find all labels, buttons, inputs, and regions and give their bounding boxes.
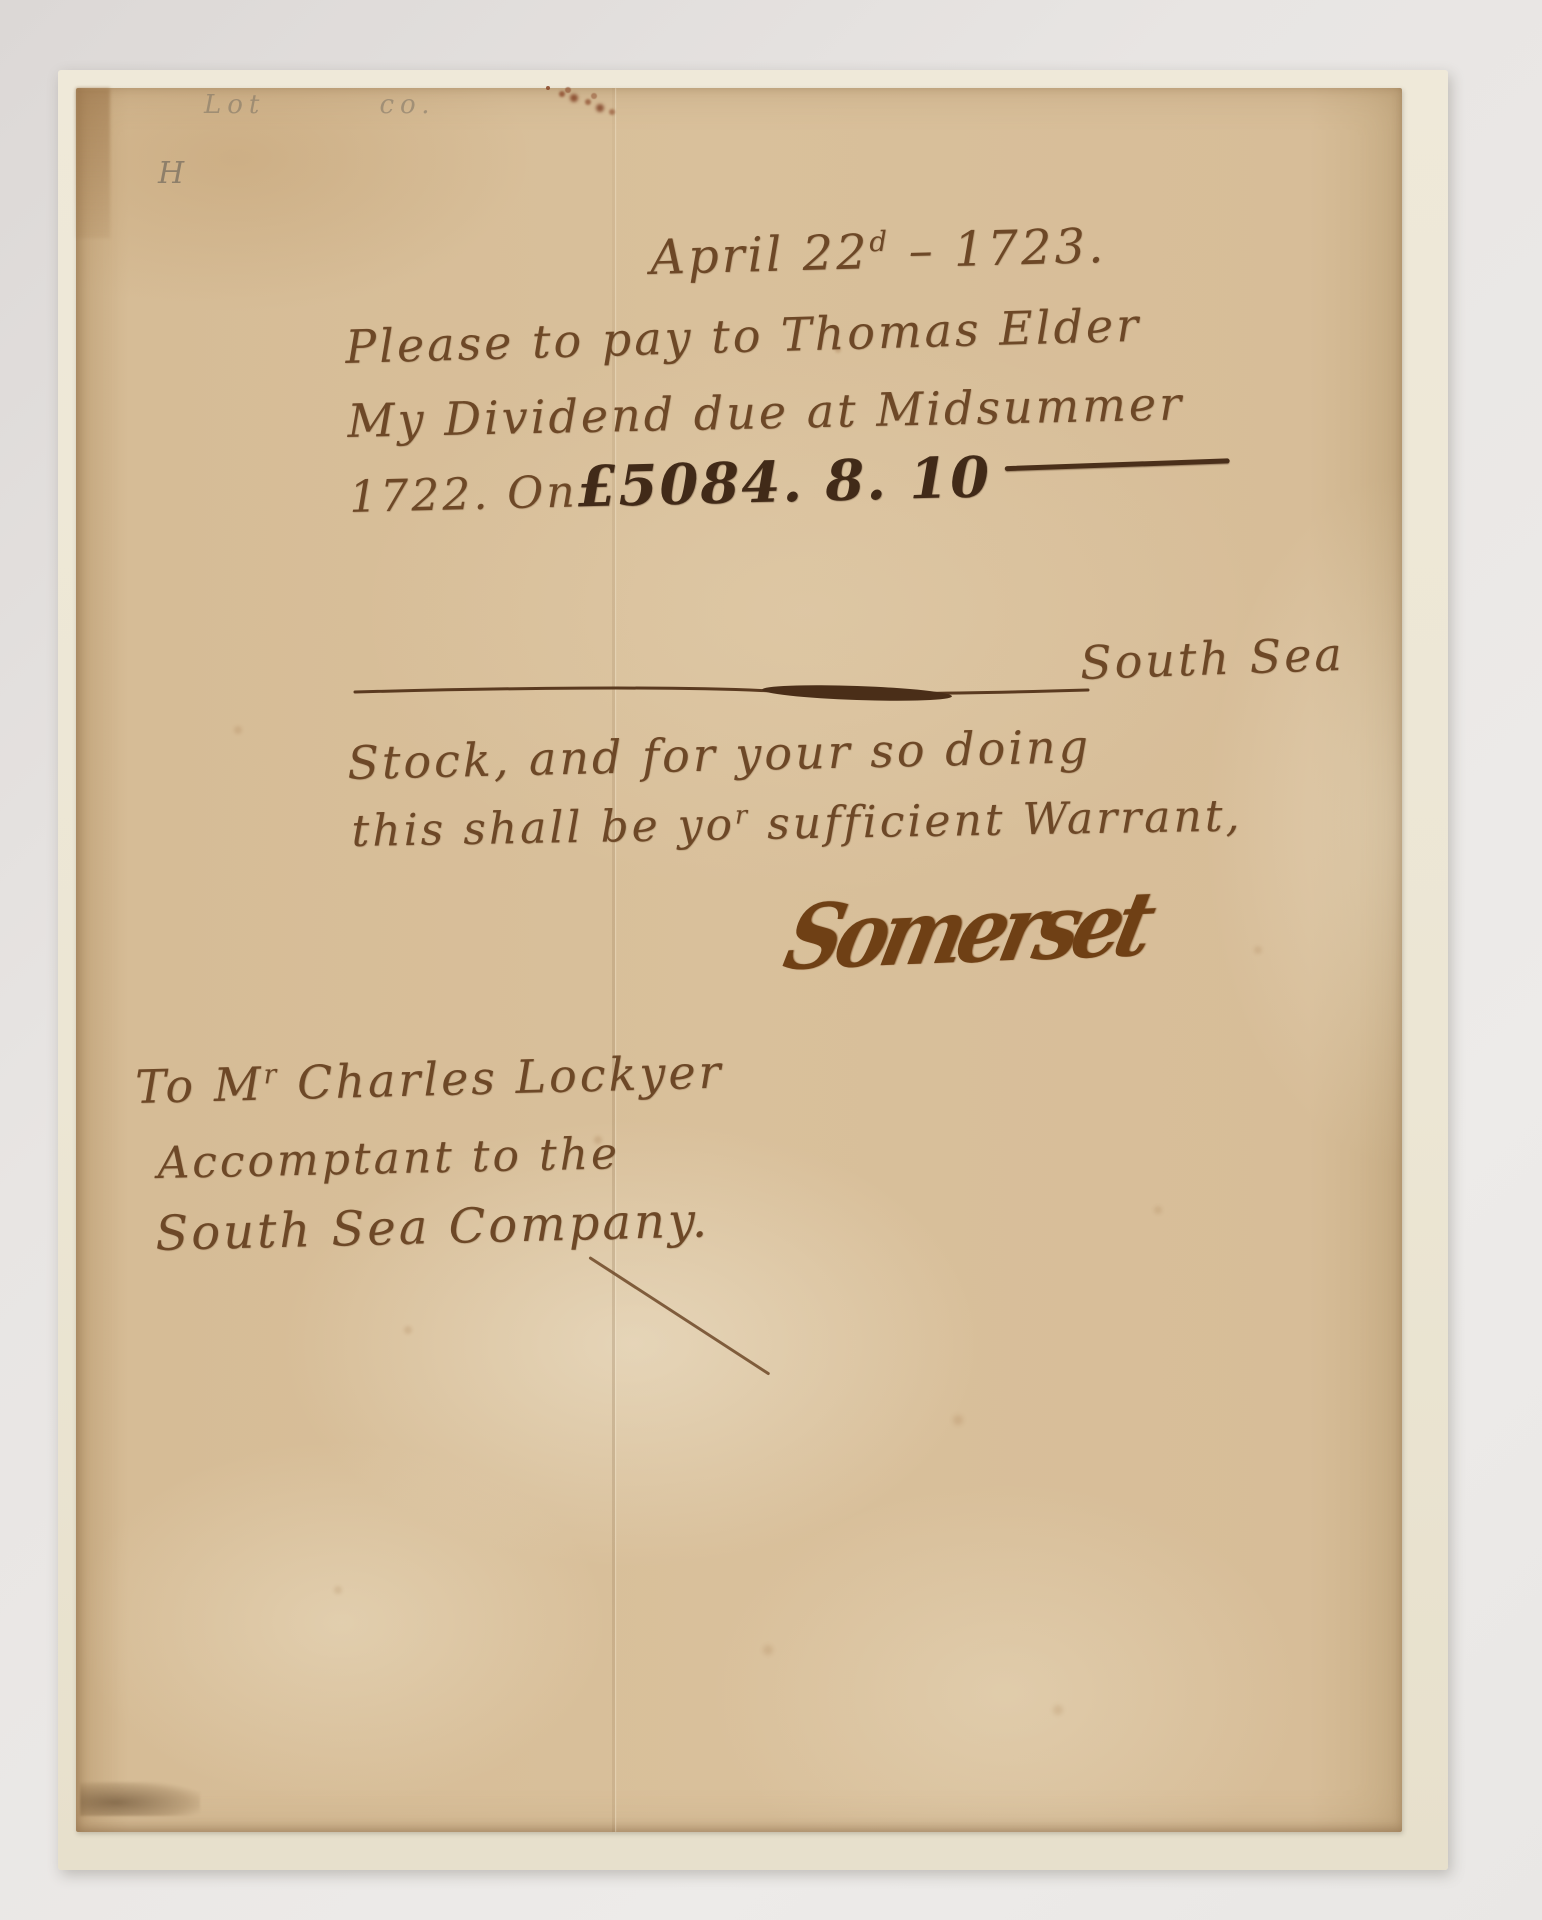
address-to: To M [135, 1057, 265, 1114]
warrant-text-end: sufficient Warrant, [750, 790, 1243, 850]
pen-flourish [588, 1256, 770, 1376]
date-year: – 1723. [890, 218, 1107, 280]
line-amount: 1722. On £5084. 8. 10 [348, 438, 1230, 526]
amount-value: £5084. 8. 10 [577, 444, 992, 520]
warrant-text: this shall be yo [351, 799, 735, 857]
line-warrant: this shall be yor sufficient Warrant, [351, 790, 1243, 857]
address-line-2: Accomptant to the [157, 1128, 621, 1189]
date-superscript: d [869, 225, 891, 259]
ink-dash [1005, 458, 1230, 471]
warrant-superscript: r [735, 800, 751, 830]
signature-somerset: Somerset [776, 872, 1157, 991]
address-line-1: To Mr Charles Lockyer [135, 1045, 725, 1114]
ink-rule [352, 678, 1092, 708]
address-line-3: South Sea Company. [155, 1192, 711, 1262]
line-stock: Stock, and for your so doing [347, 719, 1092, 790]
line-please-to-pay: Please to pay to Thomas Elder [344, 298, 1141, 374]
photograph-background: Lot co. H April 22d – 1723. Please to pa… [0, 0, 1542, 1920]
address-superscript: r [263, 1059, 280, 1090]
date-line: April 22d – 1723. [650, 218, 1107, 286]
line-dividend: My Dividend due at Midsummer [347, 376, 1185, 448]
date-text: April 22 [650, 224, 871, 286]
foxing-spots [76, 88, 80, 92]
address-name: Charles Lockyer [279, 1045, 724, 1111]
manuscript-paper: Lot co. H April 22d – 1723. Please to pa… [76, 88, 1402, 1832]
pencil-annotation: Lot co. [204, 90, 436, 120]
ink-spatter-stain [546, 86, 550, 90]
amount-prefix: 1722. On [349, 466, 579, 523]
corner-stain [80, 1782, 200, 1816]
line-south-sea: South Sea [1079, 627, 1345, 690]
pencil-mark: H [158, 156, 190, 191]
edge-stain [76, 88, 110, 238]
